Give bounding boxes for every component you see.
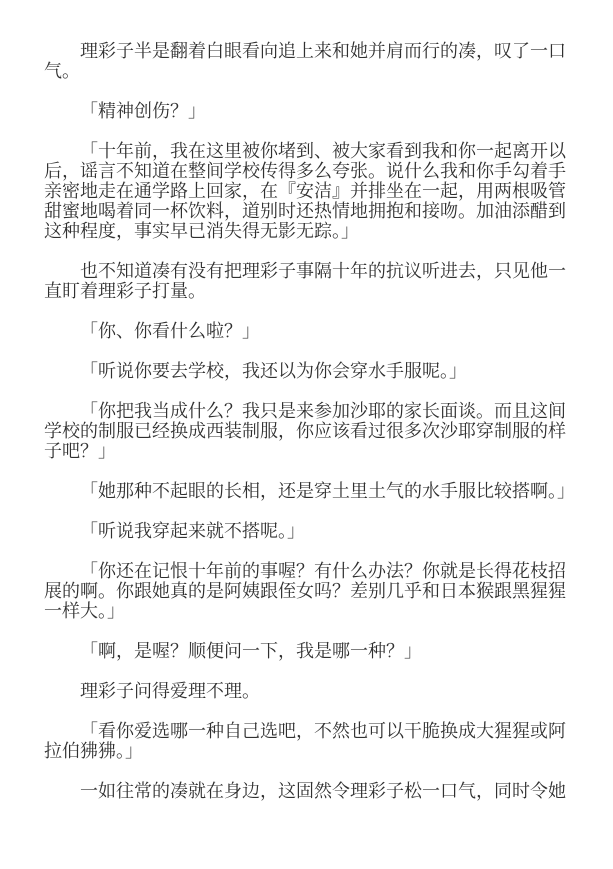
paragraph-dialogue: 「精神创伤？」 (44, 101, 566, 121)
paragraph-dialogue: 「听说你要去学校，我还以为你会穿水手服呢。」 (44, 361, 566, 381)
paragraph: 理彩子问得爱理不理。 (44, 681, 566, 701)
paragraph-dialogue: 「她那种不起眼的长相，还是穿土里土气的水手服比较搭啊。」 (44, 481, 566, 501)
paragraph: 一如往常的凑就在身边，这固然令理彩子松一口气，同时令她 (44, 781, 566, 801)
paragraph-dialogue: 「你把我当成什么？我只是来参加沙耶的家长面谈。而且这间学校的制服已经换成西装制服… (44, 401, 566, 461)
paragraph: 理彩子半是翻着白眼看向追上来和她并肩而行的凑，叹了一口气。 (44, 41, 566, 81)
paragraph-dialogue: 「看你爱选哪一种自己选吧，不然也可以干脆换成大猩猩或阿拉伯狒狒。」 (44, 721, 566, 761)
paragraph-dialogue: 「啊，是喔？顺便问一下，我是哪一种？」 (44, 641, 566, 661)
paragraph-dialogue: 「十年前，我在这里被你堵到、被大家看到我和你一起离开以后，谣言不知道在整间学校传… (44, 141, 566, 241)
book-page: 理彩子半是翻着白眼看向追上来和她并肩而行的凑，叹了一口气。 「精神创伤？」 「十… (0, 0, 613, 869)
paragraph: 也不知道凑有没有把理彩子事隔十年的抗议听进去，只见他一直盯着理彩子打量。 (44, 261, 566, 301)
paragraph-dialogue: 「你、你看什么啦？」 (44, 321, 566, 341)
paragraph-dialogue: 「你还在记恨十年前的事喔？有什么办法？你就是长得花枝招展的啊。你跟她真的是阿姨跟… (44, 561, 566, 621)
paragraph-dialogue: 「听说我穿起来就不搭呢。」 (44, 521, 566, 541)
